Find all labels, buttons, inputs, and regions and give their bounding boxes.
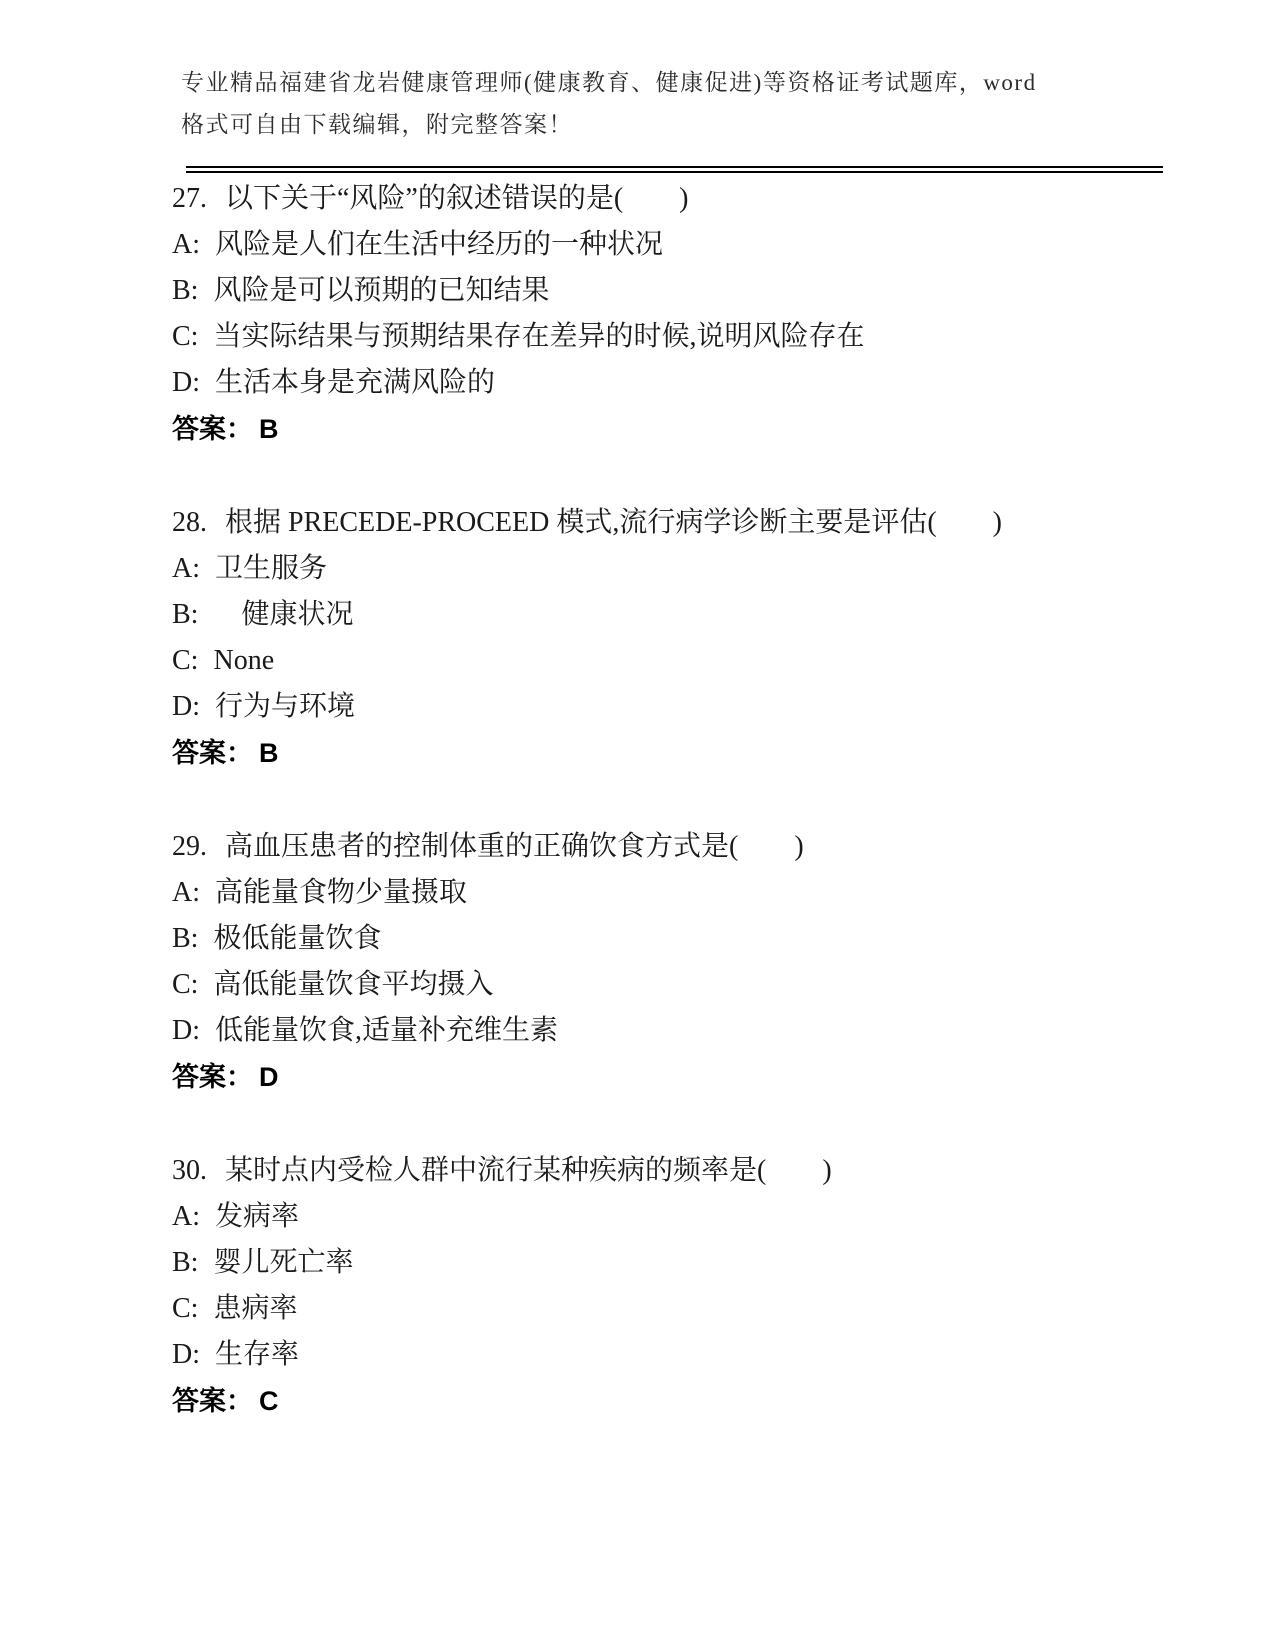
option-c: C:高低能量饮食平均摄入 [172,962,1162,1008]
question-text: 某时点内受检人群中流行某种疾病的频率是( ) [225,1155,832,1186]
question-text: 高血压患者的控制体重的正确饮食方式是( ) [225,831,804,862]
option-label: A: [172,877,215,908]
option-text: 生活本身是充满风险的 [215,367,495,398]
option-c: C:当实际结果与预期结果存在差异的时候,说明风险存在 [172,314,1162,360]
question-text: 根据 PRECEDE-PROCEED 模式,流行病学诊断主要是评估( ) [225,507,1002,538]
question-block-28: 28.根据 PRECEDE-PROCEED 模式,流行病学诊断主要是评估( ) … [172,500,1162,776]
question-stem: 27.以下关于“风险”的叙述错误的是( ) [172,176,1162,222]
question-text: 以下关于“风险”的叙述错误的是( ) [225,183,689,214]
question-block-29: 29.高血压患者的控制体重的正确饮食方式是( ) A:高能量食物少量摄取 B:极… [172,824,1162,1100]
question-number: 27. [172,183,225,214]
header-line-2: 格式可自由下载编辑，附完整答案！ [181,104,1041,146]
option-c: C:None [172,638,1162,684]
option-text: 高能量食物少量摄取 [215,877,467,908]
option-label: C: [172,1293,213,1324]
option-label: B: [172,1247,213,1278]
answer-line: 答案：D [172,1054,1162,1100]
option-text: 高低能量饮食平均摄入 [213,969,493,1000]
option-d: D:低能量饮食,适量补充维生素 [172,1008,1162,1054]
option-text: 生存率 [215,1339,299,1370]
option-label: C: [172,969,213,1000]
option-text: 风险是人们在生活中经历的一种状况 [215,229,663,260]
option-label: D: [172,1015,215,1046]
option-label: A: [172,1201,215,1232]
document-page: 专业精品福建省龙岩健康管理师(健康教育、健康促进)等资格证考试题库，word 格… [0,0,1275,1650]
option-label: D: [172,367,215,398]
option-text: 患病率 [213,1293,297,1324]
answer-value: B [259,414,279,444]
option-a: A:卫生服务 [172,546,1162,592]
header-line-1: 专业精品福建省龙岩健康管理师(健康教育、健康促进)等资格证考试题库，word [181,62,1041,104]
option-label: A: [172,229,215,260]
option-a: A:高能量食物少量摄取 [172,870,1162,916]
option-text: 极低能量饮食 [213,923,381,954]
answer-value: D [259,1062,279,1092]
option-label: B: [172,599,213,630]
option-b: B:风险是可以预期的已知结果 [172,268,1162,314]
questions-area: 27.以下关于“风险”的叙述错误的是( ) A:风险是人们在生活中经历的一种状况… [172,176,1162,1472]
option-b: B:婴儿死亡率 [172,1240,1162,1286]
option-label: A: [172,553,215,584]
question-number: 29. [172,831,225,862]
answer-line: 答案：B [172,730,1162,776]
option-text: 健康状况 [213,599,353,630]
option-text: 卫生服务 [215,553,327,584]
option-label: C: [172,321,213,352]
answer-line: 答案：B [172,406,1162,452]
option-text: None [213,645,274,676]
answer-label: 答案： [172,1386,259,1416]
answer-line: 答案：C [172,1378,1162,1424]
option-b: B: 健康状况 [172,592,1162,638]
option-a: A:发病率 [172,1194,1162,1240]
question-stem: 28.根据 PRECEDE-PROCEED 模式,流行病学诊断主要是评估( ) [172,500,1162,546]
answer-label: 答案： [172,1062,259,1092]
option-label: D: [172,691,215,722]
answer-value: C [259,1386,279,1416]
header-divider-line [186,166,1163,173]
answer-value: B [259,738,279,768]
question-block-30: 30.某时点内受检人群中流行某种疾病的频率是( ) A:发病率 B:婴儿死亡率 … [172,1148,1162,1424]
option-c: C:患病率 [172,1286,1162,1332]
question-stem: 29.高血压患者的控制体重的正确饮食方式是( ) [172,824,1162,870]
option-text: 当实际结果与预期结果存在差异的时候,说明风险存在 [213,321,864,352]
option-b: B:极低能量饮食 [172,916,1162,962]
option-text: 低能量饮食,适量补充维生素 [215,1015,558,1046]
answer-label: 答案： [172,414,259,444]
question-block-27: 27.以下关于“风险”的叙述错误的是( ) A:风险是人们在生活中经历的一种状况… [172,176,1162,452]
question-number: 30. [172,1155,225,1186]
option-a: A:风险是人们在生活中经历的一种状况 [172,222,1162,268]
option-label: B: [172,275,213,306]
answer-label: 答案： [172,738,259,768]
option-label: D: [172,1339,215,1370]
question-stem: 30.某时点内受检人群中流行某种疾病的频率是( ) [172,1148,1162,1194]
option-text: 风险是可以预期的已知结果 [213,275,549,306]
option-text: 发病率 [215,1201,299,1232]
option-text: 婴儿死亡率 [213,1247,353,1278]
question-number: 28. [172,507,225,538]
option-label: C: [172,645,213,676]
page-header: 专业精品福建省龙岩健康管理师(健康教育、健康促进)等资格证考试题库，word 格… [181,62,1041,146]
option-d: D:生存率 [172,1332,1162,1378]
option-d: D:行为与环境 [172,684,1162,730]
option-label: B: [172,923,213,954]
option-text: 行为与环境 [215,691,355,722]
option-d: D:生活本身是充满风险的 [172,360,1162,406]
